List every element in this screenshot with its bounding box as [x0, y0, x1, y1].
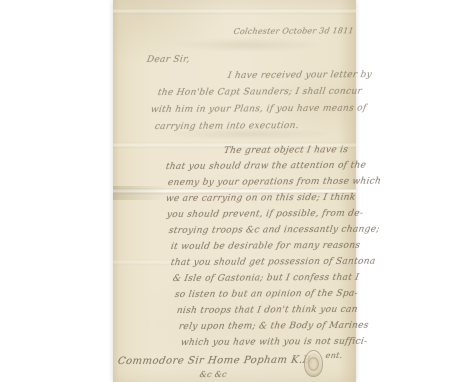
body-line: with him in your Plans, if you have mean…	[150, 103, 367, 115]
body-line: enemy by your operations from those whic…	[167, 177, 382, 188]
body-line: rely upon them; & the Body of Marines	[178, 321, 369, 332]
embossed-seal-icon	[304, 350, 323, 377]
body-line: that you should draw the attention of th…	[165, 161, 367, 172]
body-line: which you have with you is not suffici-	[180, 337, 368, 348]
salutation: Dear Sir,	[146, 55, 191, 65]
body-line: the Hon'ble Capt Saunders; I shall concu…	[157, 87, 363, 98]
body-line: carrying them into execution.	[154, 121, 300, 132]
body-line: stroying troops &c and incessantly chang…	[168, 225, 380, 236]
body-line: I have received your letter by	[227, 70, 373, 81]
body-line: it would be desirable for many reasons	[170, 241, 361, 252]
embossed-seal-crest	[308, 357, 319, 371]
dateline: Colchester October 3d 1811	[233, 26, 354, 36]
body-line: so listen to but an opinion of the Spa-	[174, 289, 359, 300]
body-line: we are carrying on on this side; I think	[165, 193, 356, 204]
photo-background: Colchester October 3d 1811 Dear Sir, I h…	[0, 0, 468, 382]
letter-paper: Colchester October 3d 1811 Dear Sir, I h…	[113, 0, 356, 382]
body-line: nish troops that I don't think you can	[176, 305, 358, 316]
catchword: ent.	[325, 351, 343, 360]
signature-flourish: &c &c	[199, 370, 228, 379]
fold-crease	[113, 8, 356, 15]
body-line: you should prevent, if possible, from de…	[166, 209, 364, 220]
body-line: that you should get possession of Santon…	[170, 257, 376, 268]
body-line: & Isle of Gastonia; but I confess that I	[172, 273, 360, 284]
addressee-line: Commodore Sir Home Popham K.B.	[117, 355, 315, 367]
ink-bleedthrough	[173, 38, 323, 52]
body-line: The great object I have is	[223, 145, 349, 156]
